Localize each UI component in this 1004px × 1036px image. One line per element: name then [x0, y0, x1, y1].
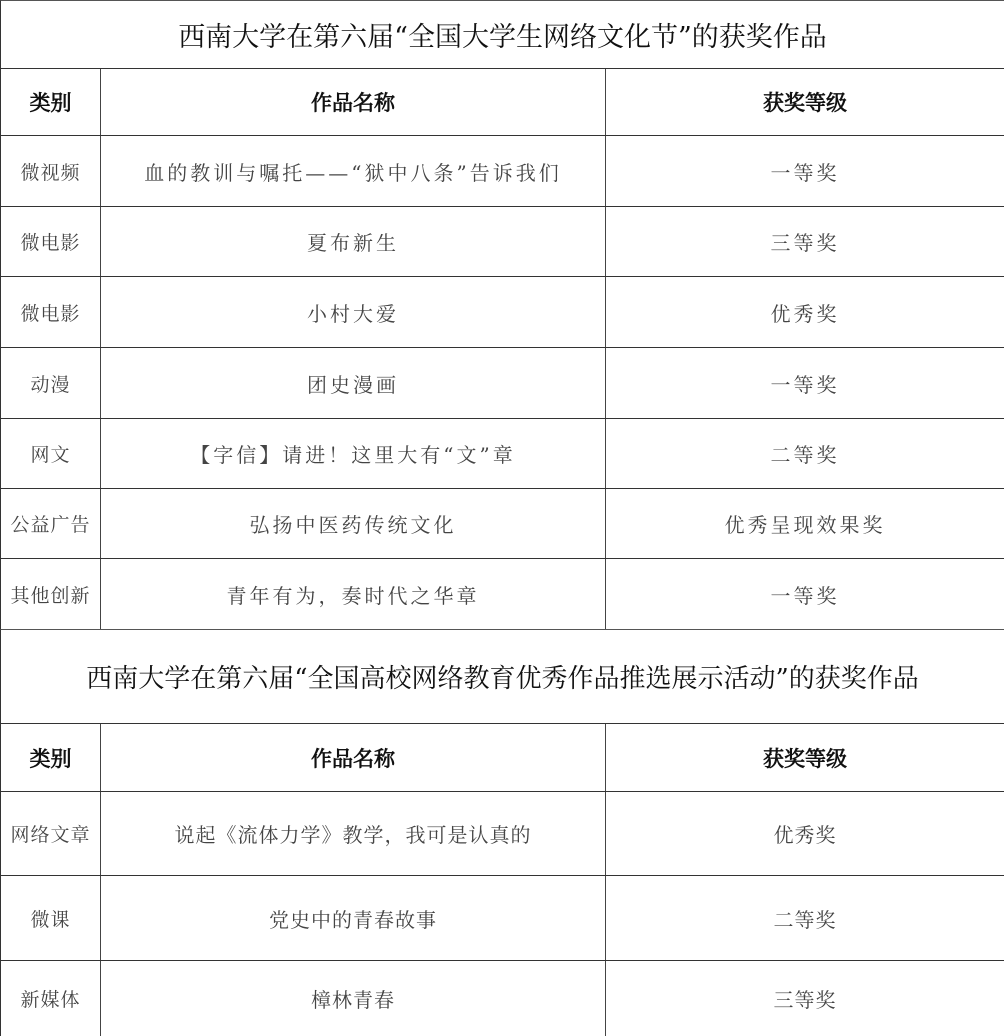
cell-award-level: 一等奖: [605, 348, 1004, 418]
cell-category: 微电影: [0, 277, 100, 347]
cell-award-level: 一等奖: [605, 136, 1004, 206]
table-row: 微课 党史中的青春故事 二等奖: [0, 875, 1004, 960]
cell-category: 微电影: [0, 207, 100, 276]
cell-category: 公益广告: [0, 489, 100, 558]
table-row: 其他创新 青年有为，奏时代之华章 一等奖: [0, 558, 1004, 629]
cell-category: 微课: [0, 876, 100, 960]
header-work-name: 作品名称: [100, 724, 605, 791]
table-row: 公益广告 弘扬中医药传统文化 优秀呈现效果奖: [0, 488, 1004, 558]
header-award-level: 获奖等级: [605, 69, 1004, 135]
section-title: 西南大学在第六届“全国高校网络教育优秀作品推选展示活动”的获奖作品: [0, 629, 1004, 723]
cell-award-level: 优秀呈现效果奖: [605, 489, 1004, 558]
cell-category: 微视频: [0, 136, 100, 206]
cell-work-name: 弘扬中医药传统文化: [100, 489, 605, 558]
cell-work-name: 小村大爱: [100, 277, 605, 347]
awards-document: 西南大学在第六届“全国大学生网络文化节”的获奖作品 类别 作品名称 获奖等级 微…: [0, 0, 1004, 1036]
cell-category: 网文: [0, 419, 100, 488]
table-row: 新媒体 樟林青春 三等奖: [0, 960, 1004, 1036]
cell-award-level: 二等奖: [605, 419, 1004, 488]
cell-award-level: 一等奖: [605, 559, 1004, 629]
header-category: 类别: [0, 724, 100, 791]
table-row: 微电影 夏布新生 三等奖: [0, 206, 1004, 276]
section-title: 西南大学在第六届“全国大学生网络文化节”的获奖作品: [0, 0, 1004, 68]
cell-work-name: 说起《流体力学》教学，我可是认真的: [100, 792, 605, 875]
table-row: 动漫 团史漫画 一等奖: [0, 347, 1004, 418]
table-row: 网络文章 说起《流体力学》教学，我可是认真的 优秀奖: [0, 791, 1004, 875]
cell-work-name: 【字信】请进！这里大有“文”章: [100, 419, 605, 488]
cell-category: 新媒体: [0, 961, 100, 1036]
cell-category: 动漫: [0, 348, 100, 418]
table-row: 网文 【字信】请进！这里大有“文”章 二等奖: [0, 418, 1004, 488]
cell-work-name: 团史漫画: [100, 348, 605, 418]
table-header-row: 类别 作品名称 获奖等级: [0, 68, 1004, 135]
cell-award-level: 三等奖: [605, 207, 1004, 276]
cell-work-name: 夏布新生: [100, 207, 605, 276]
cell-work-name: 青年有为，奏时代之华章: [100, 559, 605, 629]
cell-award-level: 二等奖: [605, 876, 1004, 960]
header-award-level: 获奖等级: [605, 724, 1004, 791]
cell-award-level: 三等奖: [605, 961, 1004, 1036]
table-header-row: 类别 作品名称 获奖等级: [0, 723, 1004, 791]
header-work-name: 作品名称: [100, 69, 605, 135]
header-category: 类别: [0, 69, 100, 135]
cell-award-level: 优秀奖: [605, 792, 1004, 875]
cell-work-name: 樟林青春: [100, 961, 605, 1036]
cell-award-level: 优秀奖: [605, 277, 1004, 347]
table-row: 微电影 小村大爱 优秀奖: [0, 276, 1004, 347]
cell-work-name: 血的教训与嘱托——“狱中八条”告诉我们: [100, 136, 605, 206]
table-row: 微视频 血的教训与嘱托——“狱中八条”告诉我们 一等奖: [0, 135, 1004, 206]
cell-work-name: 党史中的青春故事: [100, 876, 605, 960]
cell-category: 网络文章: [0, 792, 100, 875]
cell-category: 其他创新: [0, 559, 100, 629]
